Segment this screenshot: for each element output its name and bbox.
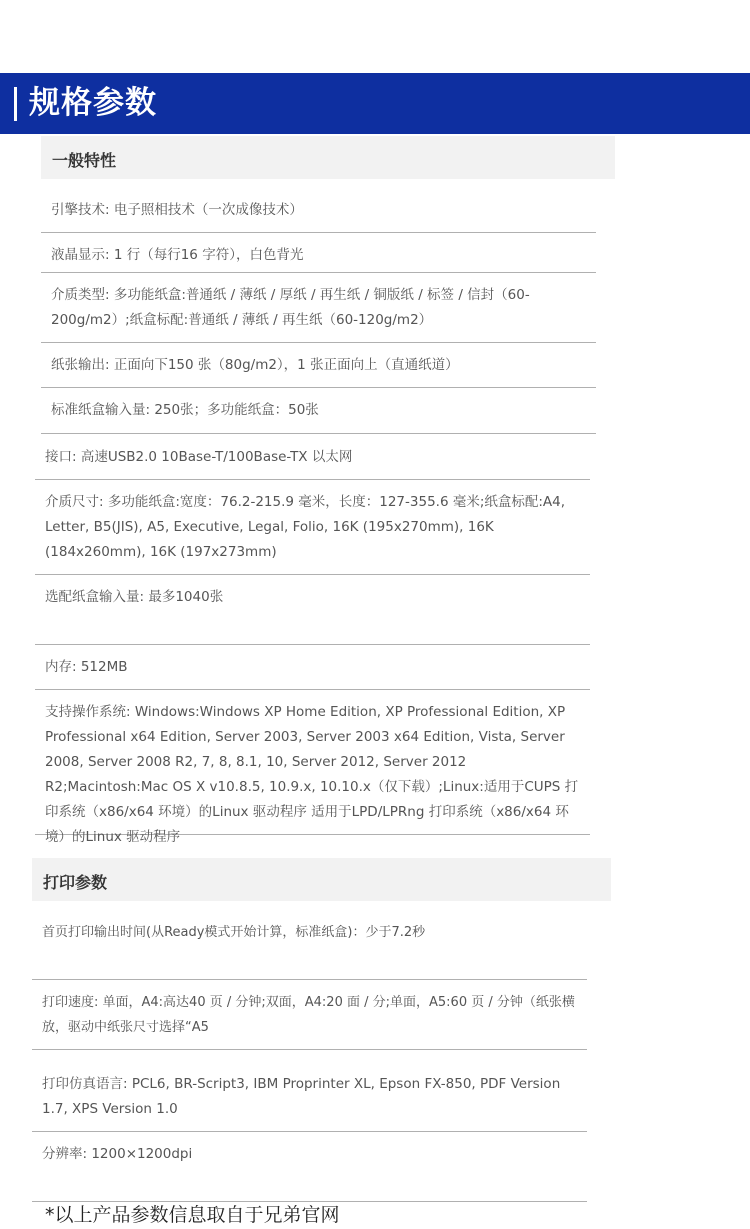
spec-row: 介质类型: 多功能纸盒:普通纸 / 薄纸 / 厚纸 / 再生纸 / 铜版纸 / … xyxy=(41,283,596,343)
section-title: 打印参数 xyxy=(43,870,107,893)
banner-accent-bar xyxy=(14,87,17,121)
spec-row: 介质尺寸: 多功能纸盒:宽度：76.2-215.9 毫米，长度：127-355.… xyxy=(35,490,590,575)
spec-row: 内存: 512MB xyxy=(35,655,590,690)
spec-row: 分辨率: 1200×1200dpi xyxy=(32,1142,587,1202)
spec-row: 选配纸盒输入量: 最多1040张 xyxy=(35,585,590,645)
spec-banner: 规格参数 xyxy=(0,73,750,134)
spec-row: 液晶显示: 1 行（每行16 字符），白色背光 xyxy=(41,243,596,273)
spec-row: 接口: 高速USB2.0 10Base-T/100Base-TX 以太网 xyxy=(35,445,590,480)
section-header-general: 一般特性 xyxy=(41,136,615,179)
spec-row: 标准纸盒输入量: 250张；多功能纸盒：50张 xyxy=(41,398,596,434)
spec-row: 引擎技术: 电子照相技术（一次成像技术） xyxy=(41,198,596,233)
spec-row: 首页打印输出时间(从Ready模式开始计算，标准纸盒)：少于7.2秒 xyxy=(32,920,587,980)
spec-row: 打印速度: 单面，A4:高达40 页 / 分钟;双面，A4:20 面 / 分;单… xyxy=(32,990,587,1050)
spec-row: 打印仿真语言: PCL6, BR-Script3, IBM Proprinter… xyxy=(32,1072,587,1132)
source-footnote: *以上产品参数信息取自于兄弟官网 xyxy=(45,1202,340,1228)
page-title: 规格参数 xyxy=(29,83,157,123)
section-header-print: 打印参数 xyxy=(32,858,611,901)
spec-row: 纸张输出: 正面向下150 张（80g/m2），1 张正面向上（直通纸道） xyxy=(41,353,596,388)
section-title: 一般特性 xyxy=(52,148,116,171)
spec-row: 支持操作系统: Windows:Windows XP Home Edition,… xyxy=(35,700,590,835)
